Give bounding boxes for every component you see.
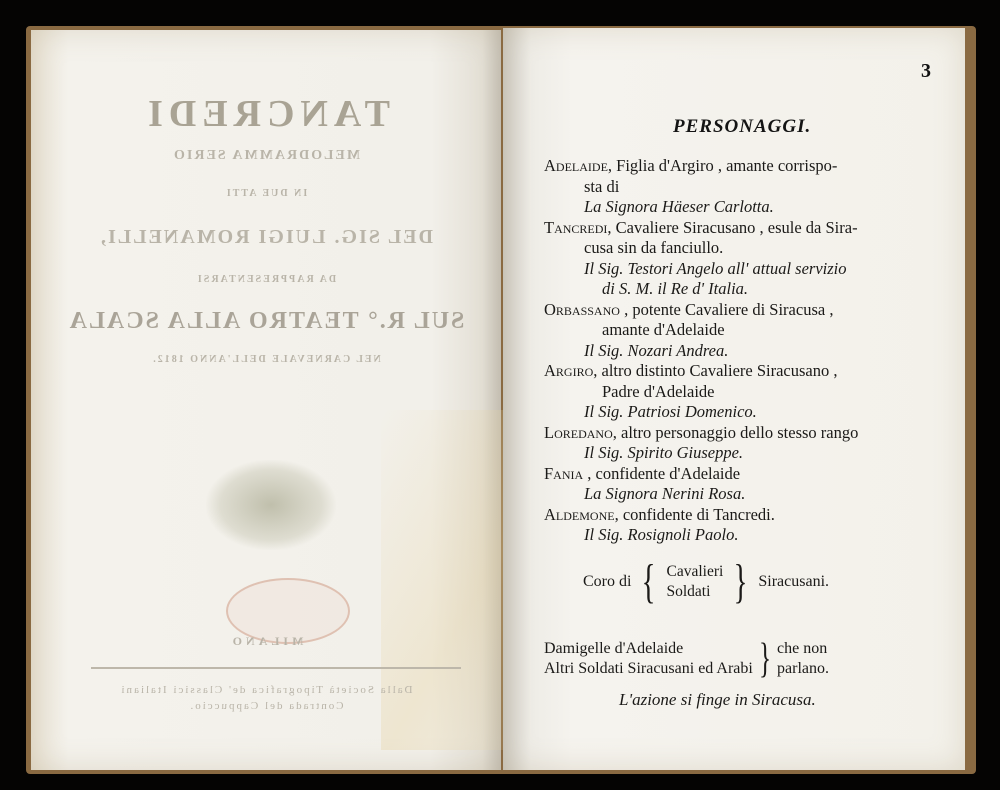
ghost-theatre: SUL R.° TEATRO ALLA SCALA bbox=[31, 308, 501, 335]
singer: Il Sig. Spirito Giuseppe. bbox=[544, 443, 936, 464]
cast-entry-fania: Fania , confidente d'Adelaide La Signora… bbox=[544, 464, 936, 505]
ghost-printer: Dalla Società Tipografica de' Classici I… bbox=[31, 684, 501, 696]
chorus-item: Soldati bbox=[667, 582, 724, 602]
cast-entry-aldemone: Aldemone, confidente di Tancredi. Il Sig… bbox=[544, 505, 936, 546]
role-desc: , potente Cavaliere di Siracusa , bbox=[620, 300, 834, 319]
singer: Il Sig. Testori Angelo all' attual servi… bbox=[544, 259, 936, 280]
page-number: 3 bbox=[921, 60, 931, 83]
role-desc: , altro personaggio dello stesso rango bbox=[613, 423, 859, 442]
cast-list: Adelaide, Figlia d'Argiro , amante corri… bbox=[544, 156, 936, 546]
role-desc: , Cavaliere Siracusano , esule da Sira- bbox=[607, 218, 857, 237]
role-name: Aldemone bbox=[544, 505, 615, 524]
role-desc: , Figlia d'Argiro , amante corrispo- bbox=[608, 156, 838, 175]
role-name: Adelaide bbox=[544, 156, 608, 175]
chorus-item: Cavalieri bbox=[667, 562, 724, 582]
ghost-author: DEL SIG. LUIGI ROMANELLI, bbox=[31, 226, 501, 249]
singer: Il Sig. Patriosi Domenico. bbox=[544, 402, 936, 423]
role-desc-cont: sta di bbox=[544, 177, 936, 198]
singer: La Signora Nerini Rosa. bbox=[544, 484, 936, 505]
cast-entry-tancredi: Tancredi, Cavaliere Siracusano , esule d… bbox=[544, 218, 936, 300]
right-brace-icon: } bbox=[734, 558, 748, 606]
role-name: Argiro bbox=[544, 361, 593, 380]
mute-roles-block: Damigelle d'Adelaide Altri Soldati Sirac… bbox=[544, 638, 829, 680]
role-desc-cont: cusa sin da fanciullo. bbox=[544, 238, 936, 259]
ghost-address: Contrada del Cappuccio. bbox=[31, 700, 501, 712]
left-brace-icon: { bbox=[642, 558, 656, 606]
ghost-subtitle: MELODRAMMA SERIO bbox=[31, 148, 501, 164]
cast-entry-adelaide: Adelaide, Figlia d'Argiro , amante corri… bbox=[544, 156, 936, 218]
cast-entry-loredano: Loredano, altro personaggio dello stesso… bbox=[544, 423, 936, 464]
role-desc: , confidente d'Adelaide bbox=[583, 464, 740, 483]
role-desc-cont: Padre d'Adelaide bbox=[544, 382, 936, 403]
role-desc: , confidente di Tancredi. bbox=[615, 505, 775, 524]
singer: Il Sig. Rosignoli Paolo. bbox=[544, 525, 936, 546]
left-page: TANCREDI MELODRAMMA SERIO IN DUE ATTI DE… bbox=[31, 30, 501, 770]
chorus-block: Coro di { Cavalieri Soldati } Siracusani… bbox=[583, 558, 829, 606]
ghost-performed: DA RAPPRESENTARSI bbox=[31, 274, 501, 285]
role-name: Loredano bbox=[544, 423, 613, 442]
role-name: Tancredi bbox=[544, 218, 607, 237]
role-name: Fania bbox=[544, 464, 583, 483]
role-desc-cont: amante d'Adelaide bbox=[544, 320, 936, 341]
right-brace-icon: } bbox=[759, 638, 771, 680]
mute-role: Damigelle d'Adelaide bbox=[544, 639, 753, 659]
cast-entry-orbassano: Orbassano , potente Cavaliere di Siracus… bbox=[544, 300, 936, 362]
mute-role: Altri Soldati Siracusani ed Arabi bbox=[544, 659, 753, 679]
singer: La Signora Häeser Carlotta. bbox=[544, 197, 936, 218]
page-heading: PERSONAGGI. bbox=[673, 116, 811, 138]
ghost-emblem-icon bbox=[206, 460, 336, 550]
ghost-rule bbox=[91, 667, 461, 669]
chorus-suffix: Siracusani. bbox=[758, 573, 829, 591]
role-desc: , altro distinto Cavaliere Siracusano , bbox=[593, 361, 837, 380]
ghost-acts: IN DUE ATTI bbox=[31, 188, 501, 199]
setting-line: L'azione si finge in Siracusa. bbox=[619, 690, 816, 710]
chorus-prefix: Coro di bbox=[583, 573, 631, 591]
paper-stain bbox=[381, 410, 521, 750]
ghost-title: TANCREDI bbox=[31, 92, 501, 136]
role-name: Orbassano bbox=[544, 300, 620, 319]
mute-note: che non bbox=[777, 639, 829, 659]
singer-cont: di S. M. il Re d' Italia. bbox=[544, 279, 936, 300]
ghost-season: NEL CARNEVALE DELL'ANNO 1812. bbox=[31, 354, 501, 365]
right-page: 3 PERSONAGGI. Adelaide, Figlia d'Argiro … bbox=[503, 28, 965, 770]
ghost-city: MILANO bbox=[31, 634, 501, 649]
cast-entry-argiro: Argiro, altro distinto Cavaliere Siracus… bbox=[544, 361, 936, 423]
mute-note: parlano. bbox=[777, 659, 829, 679]
singer: Il Sig. Nozari Andrea. bbox=[544, 341, 936, 362]
